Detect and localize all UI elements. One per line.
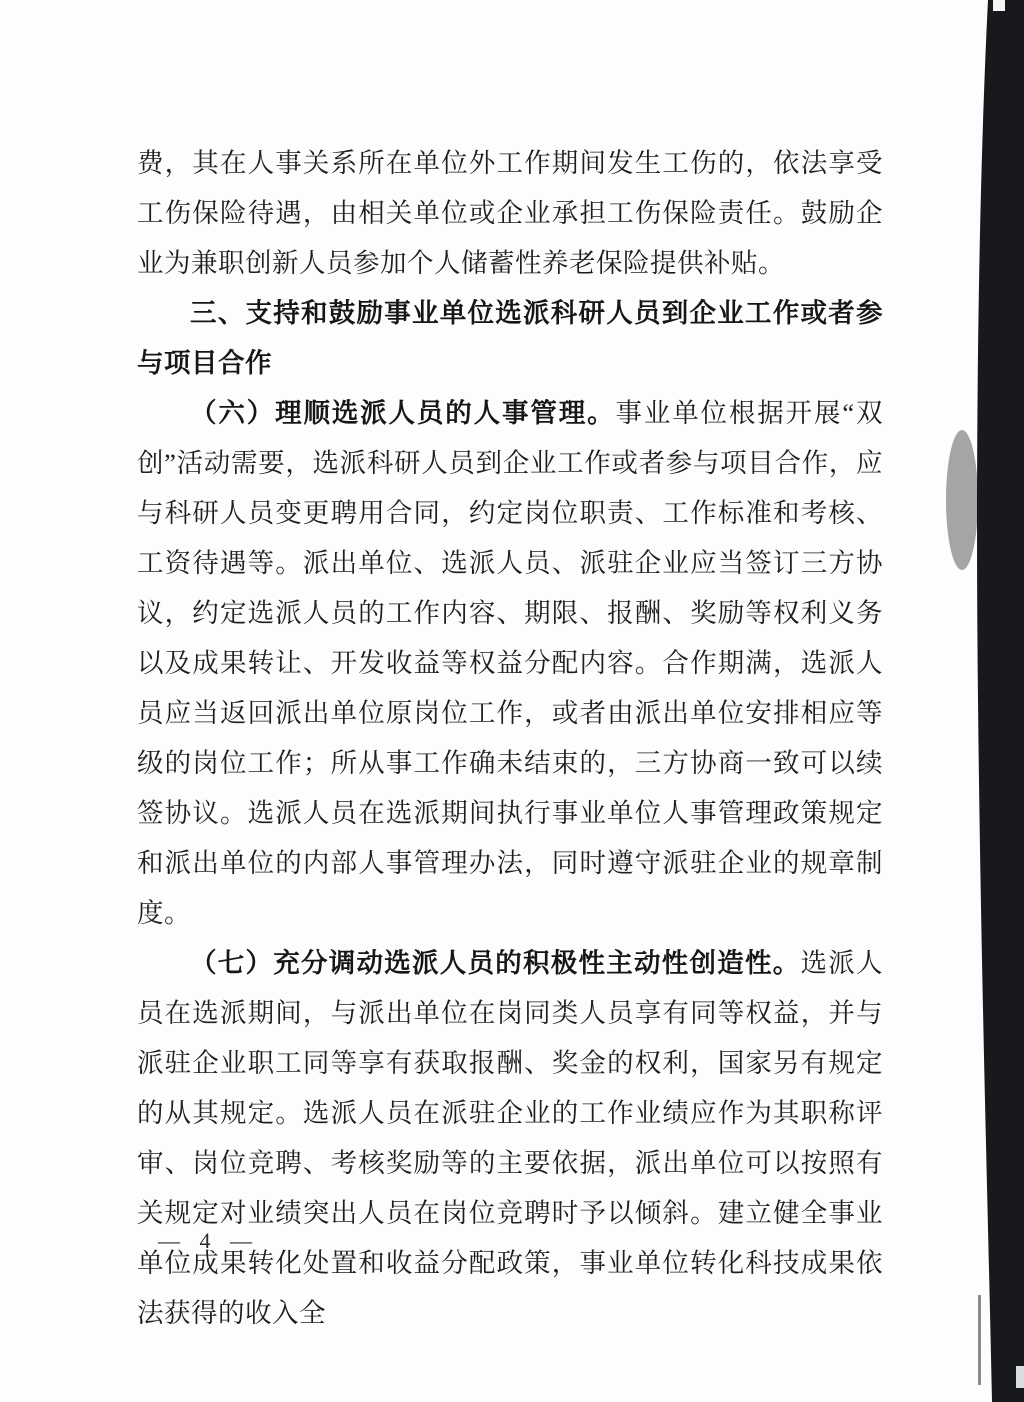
paragraph-item-7: （七）充分调动选派人员的积极性主动性创造性。选派人员在选派期间，与派出单位在岗同… xyxy=(137,938,883,1338)
page-number: — 4 — xyxy=(158,1228,259,1254)
document-page: 费，其在人事关系所在单位外工作期间发生工伤的，依法享受工伤保险待遇，由相关单位或… xyxy=(0,0,1024,1402)
paragraph-continuation: 费，其在人事关系所在单位外工作期间发生工伤的，依法享受工伤保险待遇，由相关单位或… xyxy=(137,138,883,288)
scan-line-artifact xyxy=(978,1295,981,1385)
document-body: 费，其在人事关系所在单位外工作期间发生工伤的，依法享受工伤保险待遇，由相关单位或… xyxy=(137,138,883,1338)
scan-notch-top xyxy=(993,0,1005,11)
scanner-edge-band xyxy=(977,0,1024,1402)
item-7-lead: （七）充分调动选派人员的积极性主动性创造性。 xyxy=(190,948,801,978)
scan-notch-bottom xyxy=(1016,1366,1024,1388)
item-7-body: 选派人员在选派期间，与派出单位在岗同类人员享有同等权益，并与派驻企业职工同等享有… xyxy=(137,948,883,1328)
item-6-body: 事业单位根据开展“双创”活动需要，选派科研人员到企业工作或者参与项目合作，应与科… xyxy=(137,398,883,928)
section-heading: 三、支持和鼓励事业单位选派科研人员到企业工作或者参与项目合作 xyxy=(137,288,883,388)
item-6-lead: （六）理顺选派人员的人事管理。 xyxy=(190,398,615,428)
scan-smudge xyxy=(946,430,978,570)
paragraph-item-6: （六）理顺选派人员的人事管理。事业单位根据开展“双创”活动需要，选派科研人员到企… xyxy=(137,388,883,938)
